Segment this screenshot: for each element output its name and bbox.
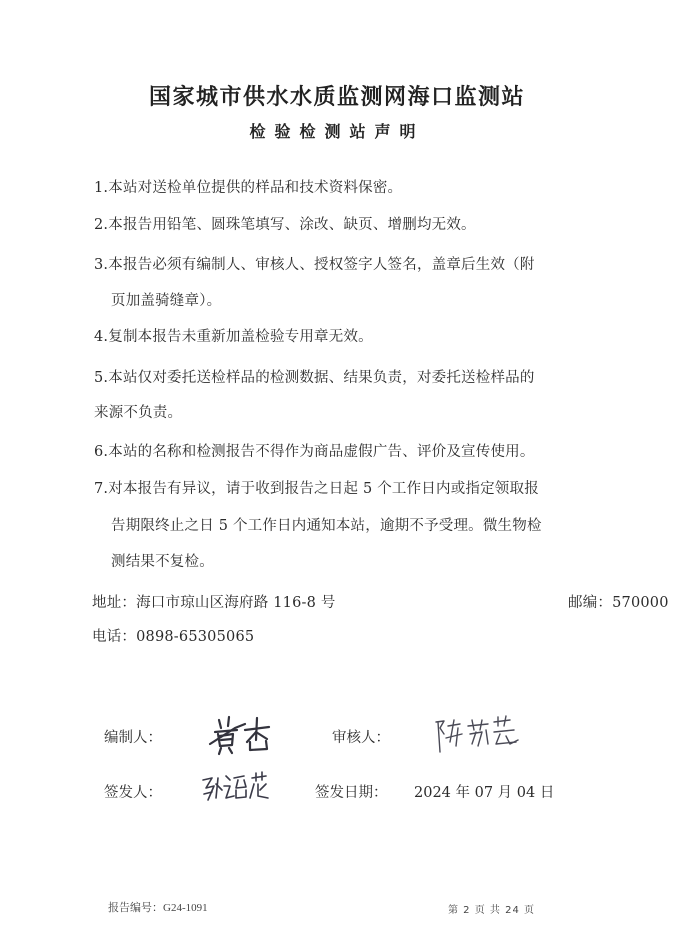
- address-label: 地址：: [92, 595, 136, 611]
- phone-label: 电话：: [92, 629, 136, 645]
- statement-2: 2.本报告用铅笔、圆珠笔填写、涂改、缺页、增删均无效。: [94, 213, 476, 234]
- statement-text: 复制本报告未重新加盖检验专用章无效。: [108, 329, 373, 345]
- zip-code: 邮编：570000: [568, 591, 669, 612]
- address-row: 地址：海口市琼山区海府路 116-8 号 邮编：570000: [92, 591, 592, 612]
- statement-5-continued: 来源不负责。: [94, 401, 182, 422]
- address-value: 海口市琼山区海府路 116-8 号: [136, 595, 335, 611]
- compiler-label: 编制人：: [104, 726, 162, 747]
- statement-number: 4.: [94, 329, 108, 345]
- statement-7-continued-1: 告期限终止之日 5 个工作日内通知本站，逾期不予受理。微生物检: [111, 514, 542, 535]
- statement-text: 本站仅对委托送检样品的检测数据、结果负责，对委托送检样品的: [108, 370, 534, 386]
- issue-date-value: 2024 年 07 月 04 日: [414, 781, 554, 802]
- phone-row: 电话：0898-65305065: [92, 625, 254, 646]
- statement-7: 7.对本报告有异议，请于收到报告之日起 5 个工作日内或指定领取报: [94, 477, 539, 498]
- reviewer-label: 审核人：: [332, 726, 390, 747]
- statement-5: 5.本站仅对委托送检样品的检测数据、结果负责，对委托送检样品的: [94, 366, 535, 387]
- issuer-signature: [200, 770, 280, 810]
- statement-3: 3.本报告必须有编制人、审核人、授权签字人签名，盖章后生效（附: [94, 253, 535, 274]
- statement-7-continued-2: 测结果不复检。: [111, 550, 214, 571]
- statement-number: 2.: [94, 217, 108, 233]
- zip-label: 邮编：: [568, 595, 612, 611]
- report-number: 报告编号：G24-1091: [108, 899, 208, 915]
- issue-date-label: 签发日期：: [315, 781, 388, 802]
- statement-1: 1.本站对送检单位提供的样品和技术资料保密。: [94, 176, 402, 197]
- handwritten-signature-icon: [432, 712, 527, 757]
- statement-text: 本报告用铅笔、圆珠笔填写、涂改、缺页、增删均无效。: [108, 217, 476, 233]
- reviewer-signature: [432, 712, 527, 761]
- statement-text: 本站的名称和检测报告不得作为商品虚假广告、评价及宣传使用。: [108, 444, 534, 460]
- organization-title: 国家城市供水水质监测网海口监测站: [0, 80, 674, 111]
- issuer-label: 签发人：: [104, 781, 162, 802]
- statement-3-continued: 页加盖骑缝章）。: [111, 289, 221, 310]
- report-number-label: 报告编号：: [108, 902, 163, 914]
- page-indicator: 第 2 页 共 24 页: [448, 901, 535, 916]
- statement-6: 6.本站的名称和检测报告不得作为商品虚假广告、评价及宣传使用。: [94, 440, 535, 461]
- statement-number: 1.: [94, 180, 108, 196]
- statement-text: 对本报告有异议，请于收到报告之日起 5 个工作日内或指定领取报: [108, 481, 539, 497]
- zip-value: 570000: [612, 595, 669, 611]
- statement-text: 本报告必须有编制人、审核人、授权签字人签名，盖章后生效（附: [108, 257, 534, 273]
- statement-number: 6.: [94, 444, 108, 460]
- statement-text: 本站对送检单位提供的样品和技术资料保密。: [108, 180, 402, 196]
- statement-number: 3.: [94, 257, 108, 273]
- statement-4: 4.复制本报告未重新加盖检验专用章无效。: [94, 325, 373, 346]
- statement-number: 7.: [94, 481, 108, 497]
- phone-value: 0898-65305065: [136, 629, 254, 645]
- handwritten-signature-icon: [205, 712, 277, 757]
- declaration-title: 检验检测站声明: [0, 119, 674, 142]
- statement-number: 5.: [94, 370, 108, 386]
- compiler-signature: [205, 712, 277, 761]
- handwritten-signature-icon: [200, 770, 280, 806]
- report-number-value: G24-1091: [163, 902, 208, 914]
